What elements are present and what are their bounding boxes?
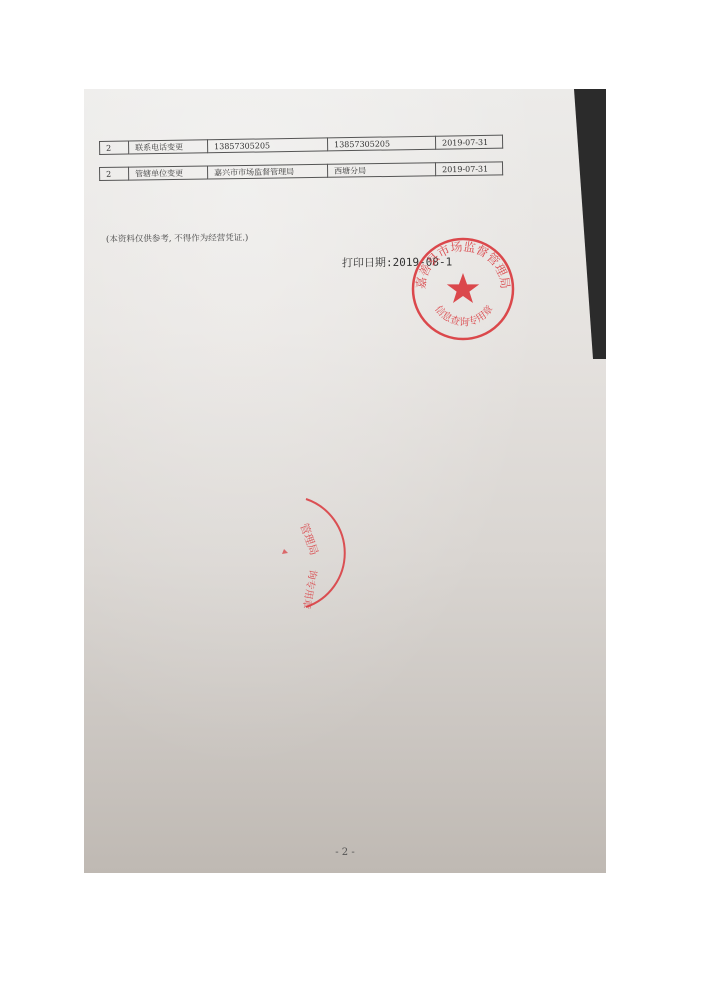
change-record-table-row-1: 2 联系电话变更 13857305205 13857305205 2019-07…: [99, 135, 503, 155]
partial-seal-top-text: 管理局: [297, 521, 321, 557]
star-icon: [447, 273, 479, 303]
change-date: 2019-07-31: [435, 162, 502, 176]
change-item: 联系电话变更: [129, 140, 208, 154]
table-row: 2 联系电话变更 13857305205 13857305205 2019-07…: [100, 135, 503, 154]
seal-bottom-text: 信息查询专用章: [432, 303, 496, 329]
row-index: 2: [100, 141, 129, 154]
page-number: - 2 -: [84, 847, 606, 858]
value-before: 13857305205: [207, 138, 327, 153]
change-record-table-row-2: 2 管辖单位变更 嘉兴市市场监督管理局 西塘分局 2019-07-31: [99, 161, 503, 181]
change-date: 2019-07-31: [435, 135, 502, 149]
official-seal: 嘉善县市场监督管理局 信息查询专用章: [409, 235, 517, 343]
change-item: 管辖单位变更: [129, 166, 208, 180]
background-dark-strip: [84, 89, 606, 873]
star-fragment-icon: [282, 549, 288, 554]
lighting-shade: [84, 89, 606, 873]
disclaimer-note: (本资料仅供参考, 不得作为经营凭证.): [106, 231, 248, 244]
partial-seal-bottom-text: 询专用章: [300, 568, 320, 610]
value-before: 嘉兴市市场监督管理局: [207, 164, 327, 179]
value-after: 西塘分局: [327, 163, 435, 178]
table-row: 2 管辖单位变更 嘉兴市市场监督管理局 西塘分局 2019-07-31: [100, 162, 503, 181]
document-photo: 2 联系电话变更 13857305205 13857305205 2019-07…: [84, 89, 606, 873]
row-index: 2: [100, 167, 129, 180]
partial-seal: 管理局 询专用章: [276, 491, 366, 613]
value-after: 13857305205: [327, 136, 435, 151]
